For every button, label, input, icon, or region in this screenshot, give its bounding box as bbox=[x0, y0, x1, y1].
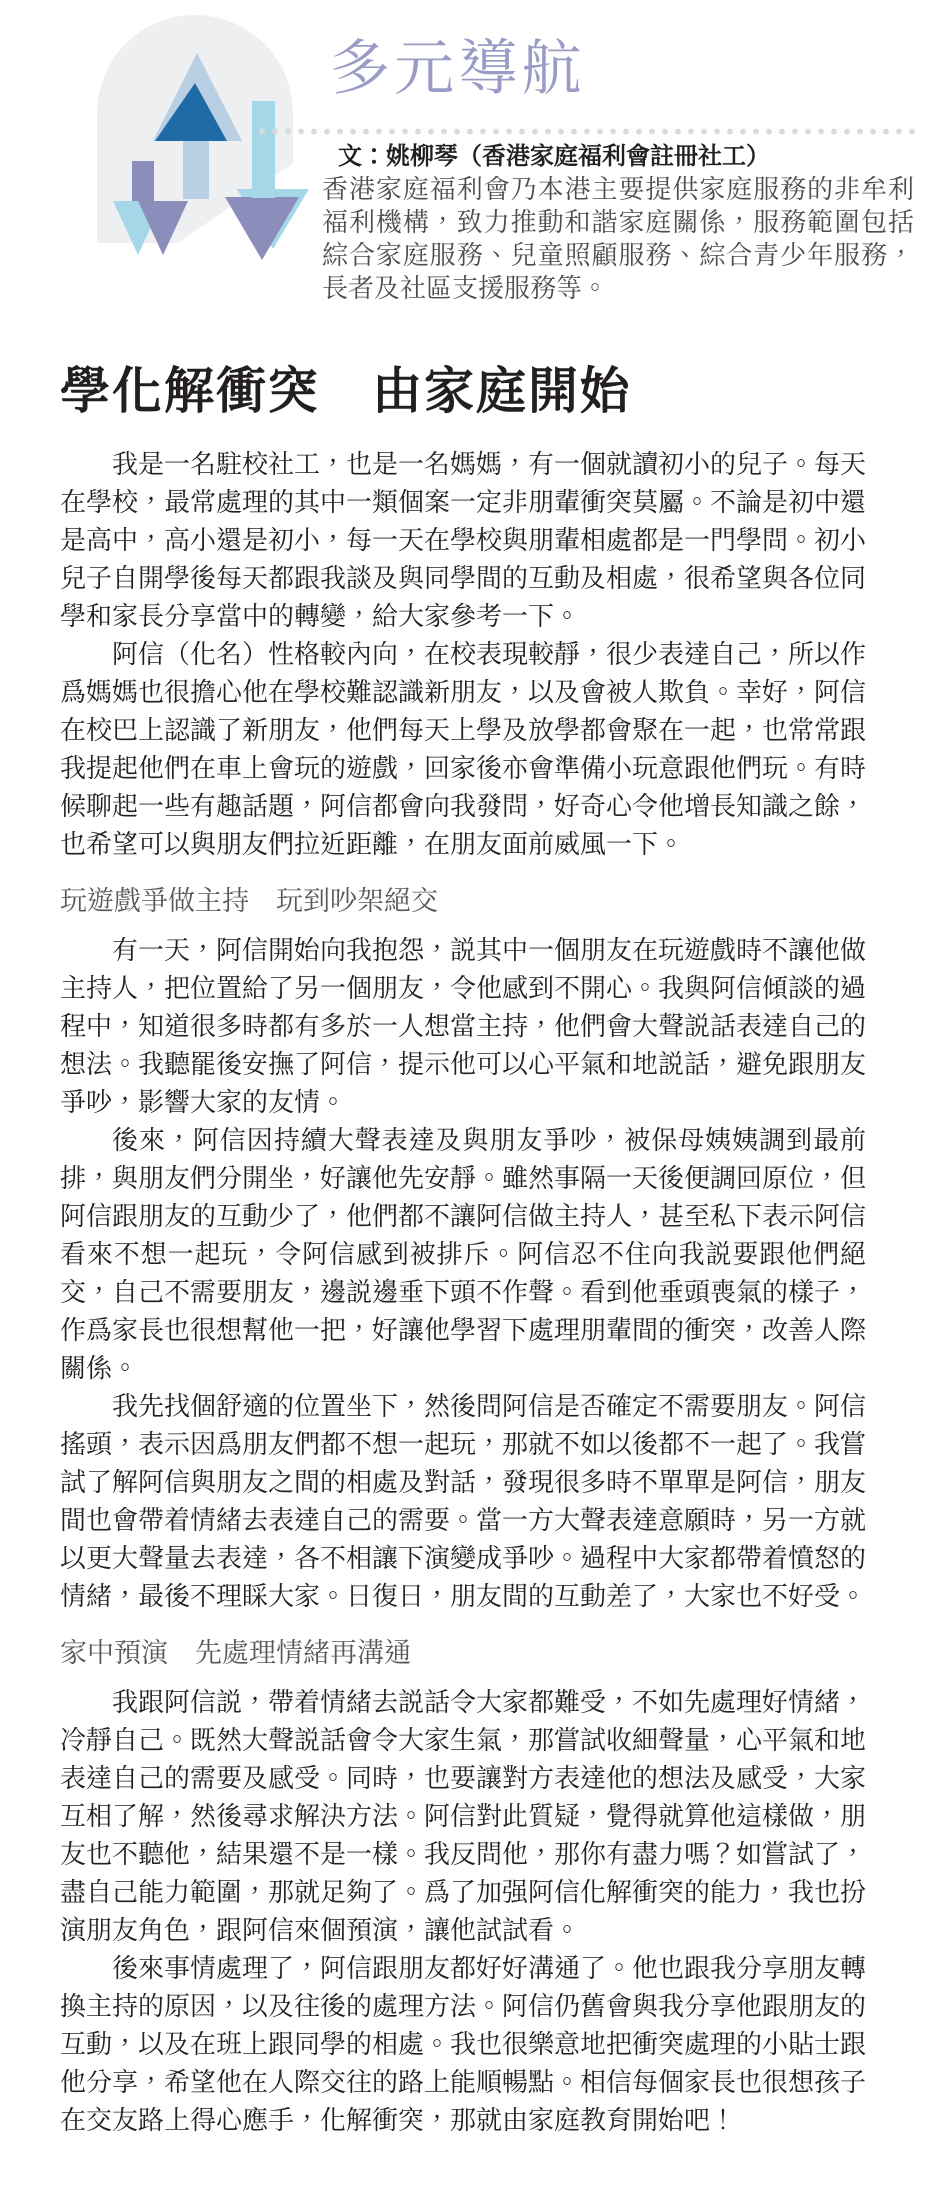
dotted-divider bbox=[258, 127, 920, 136]
column-logo bbox=[75, 13, 310, 263]
article-title: 學化解衝突 由家庭開始 bbox=[60, 362, 866, 420]
article-paragraph: 我是一名駐校社工，也是一名媽媽，有一個就讀初小的兒子。每天在學校，最常處理的其中… bbox=[60, 446, 866, 636]
organization-description: 香港家庭福利會乃本港主要提供家庭服務的非牟利福利機構，致力推動和諧家庭關係，服務… bbox=[322, 174, 914, 306]
article-paragraph: 阿信（化名）性格較內向，在校表現較靜，很少表達自己，所以作爲媽媽也很擔心他在學校… bbox=[60, 636, 866, 864]
article-paragraph: 我先找個舒適的位置坐下，然後問阿信是否確定不需要朋友。阿信搖頭，表示因爲朋友們都… bbox=[60, 1388, 866, 1616]
byline: 文：姚柳琴（香港家庭福利會註冊社工） bbox=[338, 142, 770, 172]
section-heading: 玩遊戲爭做主持 玩到吵架絕交 bbox=[60, 885, 866, 919]
column-title: 多元導航 bbox=[330, 36, 586, 102]
article-paragraph: 後來，阿信因持續大聲表達及與朋友爭吵，被保母姨姨調到最前排，與朋友們分開坐，好讓… bbox=[60, 1122, 866, 1388]
article-paragraph: 後來事情處理了，阿信跟朋友都好好溝通了。他也跟我分享朋友轉換主持的原因，以及往後… bbox=[60, 1950, 866, 2140]
section-heading: 家中預演 先處理情緒再溝通 bbox=[60, 1637, 866, 1671]
arrows-icon bbox=[75, 13, 310, 263]
article-sections: 我是一名駐校社工，也是一名媽媽，有一個就讀初小的兒子。每天在學校，最常處理的其中… bbox=[60, 446, 866, 2140]
article-paragraph: 我跟阿信説，帶着情緒去説話令大家都難受，不如先處理好情緒，冷靜自己。既然大聲説話… bbox=[60, 1684, 866, 1950]
article-body: 學化解衝突 由家庭開始 我是一名駐校社工，也是一名媽媽，有一個就讀初小的兒子。每… bbox=[60, 362, 866, 2140]
article-page: 多元導航 文：姚柳琴（香港家庭福利會註冊社工） 香港家庭福利會乃本港主要提供家庭… bbox=[0, 0, 925, 2200]
article-paragraph: 有一天，阿信開始向我抱怨，説其中一個朋友在玩遊戲時不讓他做主持人，把位置給了另一… bbox=[60, 932, 866, 1122]
